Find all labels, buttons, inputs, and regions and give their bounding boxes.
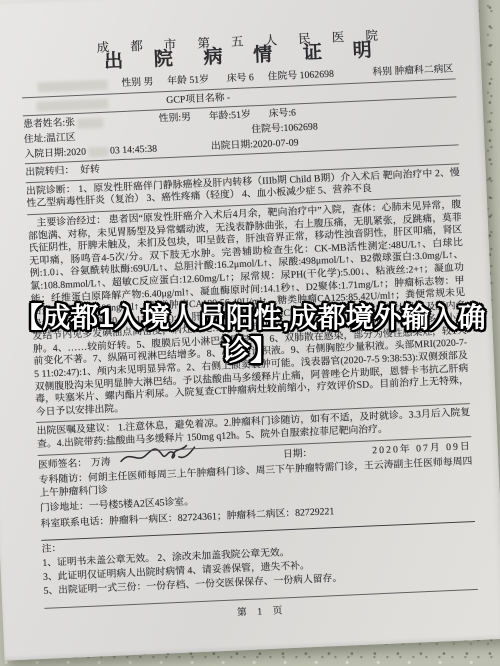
discharge-date-field: 出院日期:2020-07-09 [211,137,299,153]
admission-no-field: 住院号 1062698 [268,69,335,84]
outcome-label: 出院转归： [25,165,74,180]
course-label: 主要诊治经过： [36,215,106,229]
admit-date-prefix: 入院日期:2020 [24,146,86,161]
news-caption-line1: 【成都1入境人员阳性,成都境外输入确 [0,301,500,334]
news-caption-overlay: 【成都1入境人员阳性,成都境外输入确 诊】 [0,301,500,367]
date-value: 2020年 07月 09日 [372,441,472,458]
redacted-name [37,80,107,93]
bed-field: 床号 6 [227,72,254,86]
redacted-given-name [77,118,103,129]
age-field-2: 年龄:51岁 [209,110,251,124]
page-number: 第 1 页 [45,597,479,629]
admit-date-suffix: 03 14:45:38 [110,143,158,158]
gcp-project-field: GCP项目名称 - [166,92,230,107]
bed-field-2: 床号:6 [269,108,297,122]
sex-field: 性别 男 [121,77,153,91]
sex-field-2: 性别:男 [159,112,192,126]
redacted-admit-month [88,147,108,158]
news-caption-line2: 诊】 [0,334,500,367]
doctor-name: 万涛 [91,456,111,469]
date-label: 日期： [283,448,313,462]
doctor-signature-label: 医师签名： [38,457,87,472]
outcome-value: 好转 [80,164,100,177]
age-field: 年龄 51岁 [167,74,209,88]
redacted-gcp-code [36,99,108,112]
address-field: 住址:温江区 [24,132,76,147]
doctor-signature [118,443,197,466]
department-field: 科别 肿瘤科二病区 [372,64,453,80]
admission-no-field-2: 住院号:1062698 [251,121,318,136]
patient-name-label: 患者姓名:张 [23,117,75,132]
diagnosis-label: 出院诊断： [26,184,76,197]
